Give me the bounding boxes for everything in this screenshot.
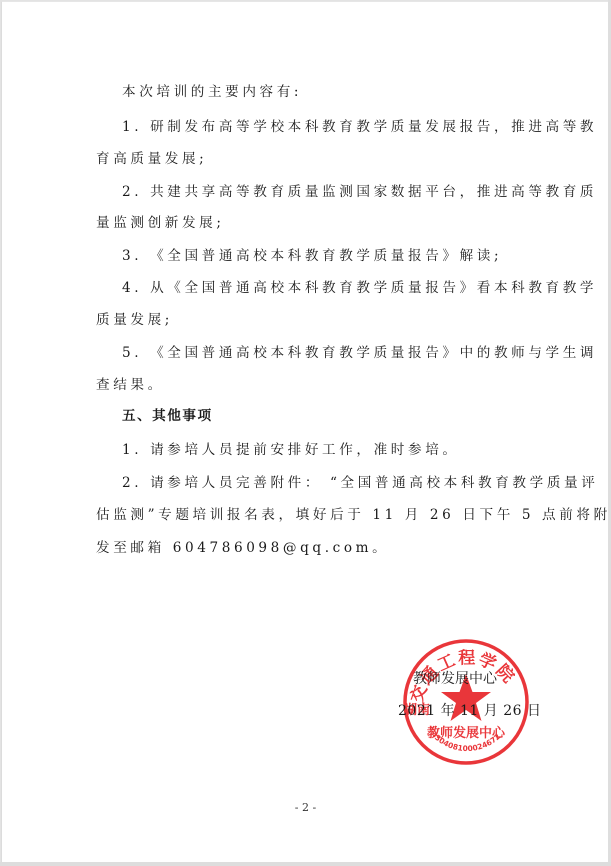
signature-date: 2021 年 11 月 26 日 <box>398 702 542 720</box>
content-item-1-line1: 1. 研制发布高等学校本科教育教学质量发展报告，推进高等教 <box>122 117 597 137</box>
content-item-4-line1: 4. 从《全国普通高校本科教育教学质量报告》看本科教育教学 <box>122 278 597 298</box>
content-item-4-line2: 质量发展; <box>96 310 173 330</box>
content-item-2-line2: 量监测创新发展; <box>96 213 225 233</box>
content-item-5-line2: 查结果。 <box>96 375 165 395</box>
signature-org: 教师发展中心 <box>413 670 497 688</box>
document-page: 本次培训的主要内容有: 1. 研制发布高等学校本科教育教学质量发展报告，推进高等… <box>1 1 609 863</box>
content-item-3: 3. 《全国普通高校本科教育教学质量报告》解读; <box>122 246 502 266</box>
content-item-5-line1: 5. 《全国普通高校本科教育教学质量报告》中的教师与学生调 <box>122 343 597 363</box>
other-item-1: 1. 请参培人员提前安排好工作，准时参培。 <box>122 440 460 460</box>
other-item-2-line1: 2. 请参培人员完善附件： “全国普通高校本科教育教学质量评 <box>122 473 598 493</box>
content-item-1-line2: 育高质量发展; <box>96 149 207 169</box>
section-heading: 五、其他事项 <box>122 406 213 426</box>
other-item-2-line2: 估监测”专题培训报名表，填好后于 11 月 26 日下午 5 点前将附件 <box>96 505 611 525</box>
page-number: - 2 - <box>2 801 609 814</box>
content-item-2-line1: 2. 共建共享高等教育质量监测国家数据平台，推进高等教育质 <box>122 182 597 202</box>
intro-text: 本次培训的主要内容有: <box>122 82 302 102</box>
other-item-2-line3: 发至邮箱 604786098@qq.com。 <box>96 538 389 558</box>
page-shadow-bottom <box>0 862 611 866</box>
